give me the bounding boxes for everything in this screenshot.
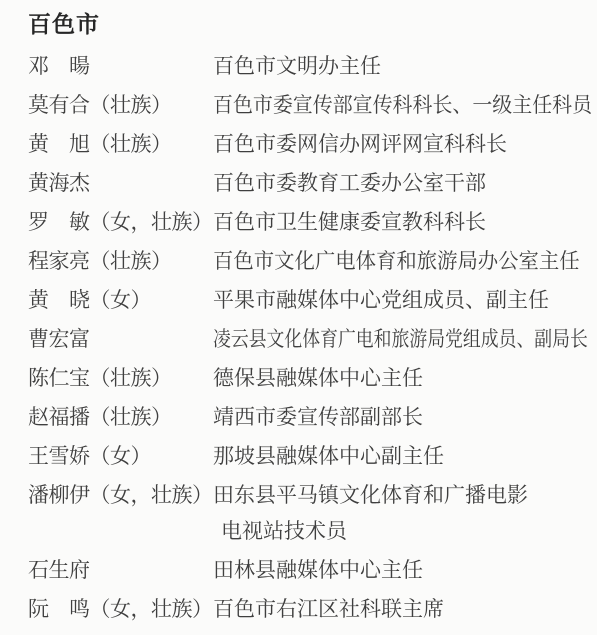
document-page: 百色市 邓 暘 百色市文明办主任 莫有合（壮族） 百色市委宣传部宣传科科长、一级…	[0, 0, 597, 635]
person-position: 百色市委宣传部宣传科科长、一级主任科员	[213, 93, 597, 117]
person-position-text-line2: 电视站技术员	[221, 519, 591, 543]
person-name: 莫有合（壮族）	[28, 93, 213, 117]
person-position-text: 那坡县融媒体中心副主任	[213, 444, 444, 468]
person-position-text: 田东县平马镇文化体育和广播电影	[213, 483, 528, 507]
entry-row: 莫有合（壮族） 百色市委宣传部宣传科科长、一级主任科员	[28, 93, 591, 117]
person-name: 王雪娇（女）	[28, 444, 213, 468]
person-position-text: 平果市融媒体中心党组成员、副主任	[213, 288, 549, 312]
person-position-text: 田林县融媒体中心主任	[213, 558, 423, 582]
person-position-text: 百色市卫生健康委宣教科科长	[213, 210, 486, 234]
person-position: 平果市融媒体中心党组成员、副主任	[213, 288, 591, 312]
person-position: 百色市委教育工委办公室干部	[213, 171, 591, 195]
person-name: 黄海杰	[28, 171, 213, 195]
entry-row: 潘柳伊（女，壮族） 田东县平马镇文化体育和广播电影电视站技术员	[28, 483, 591, 543]
person-position-text: 德保县融媒体中心主任	[213, 366, 423, 390]
entry-row: 罗 敏（女，壮族） 百色市卫生健康委宣教科科长	[28, 210, 591, 234]
person-name: 罗 敏（女，壮族）	[28, 210, 213, 234]
entry-row: 阮 鸣（女，壮族） 百色市右江区社科联主席	[28, 597, 591, 621]
person-position: 靖西市委宣传部副部长	[213, 405, 591, 429]
person-position-text: 百色市委教育工委办公室干部	[213, 171, 486, 195]
person-position: 田东县平马镇文化体育和广播电影电视站技术员	[213, 483, 591, 543]
entry-row: 黄海杰 百色市委教育工委办公室干部	[28, 171, 591, 195]
entry-row: 陈仁宝（壮族） 德保县融媒体中心主任	[28, 366, 591, 390]
entry-row: 黄 旭（壮族） 百色市委网信办网评网宣科科长	[28, 132, 591, 156]
person-position: 百色市文明办主任	[213, 54, 591, 78]
entry-row: 曹宏富 凌云县文化体育广电和旅游局党组成员、副局长	[28, 327, 591, 351]
person-position-text: 百色市右江区社科联主席	[213, 597, 444, 621]
person-position-text: 凌云县文化体育广电和旅游局党组成员、副局长	[213, 327, 588, 351]
entry-row: 邓 暘 百色市文明办主任	[28, 54, 591, 78]
person-name: 黄 旭（壮族）	[28, 132, 213, 156]
person-name: 陈仁宝（壮族）	[28, 366, 213, 390]
person-name: 程家亮（壮族）	[28, 249, 213, 273]
entry-row: 石生府 田林县融媒体中心主任	[28, 558, 591, 582]
person-name: 石生府	[28, 558, 213, 582]
city-heading: 百色市	[28, 12, 591, 38]
entry-row: 赵福播（壮族） 靖西市委宣传部副部长	[28, 405, 591, 429]
person-name: 阮 鸣（女，壮族）	[28, 597, 213, 621]
person-position: 凌云县文化体育广电和旅游局党组成员、副局长	[213, 327, 597, 351]
person-position: 百色市委网信办网评网宣科科长	[213, 132, 591, 156]
person-position-text: 靖西市委宣传部副部长	[213, 405, 423, 429]
person-position: 田林县融媒体中心主任	[213, 558, 591, 582]
entry-row: 黄 晓（女） 平果市融媒体中心党组成员、副主任	[28, 288, 591, 312]
person-position-text: 百色市委宣传部宣传科科长、一级主任科员	[213, 93, 592, 117]
person-position: 德保县融媒体中心主任	[213, 366, 591, 390]
person-position: 百色市文化广电体育和旅游局办公室主任	[213, 249, 591, 273]
person-name: 黄 晓（女）	[28, 288, 213, 312]
person-position-text: 百色市委网信办网评网宣科科长	[213, 132, 507, 156]
person-position-text: 百色市文化广电体育和旅游局办公室主任	[213, 249, 580, 273]
person-name: 曹宏富	[28, 327, 213, 351]
person-position: 百色市右江区社科联主席	[213, 597, 591, 621]
person-position-text: 百色市文明办主任	[213, 54, 381, 78]
person-name: 赵福播（壮族）	[28, 405, 213, 429]
person-position: 那坡县融媒体中心副主任	[213, 444, 591, 468]
entry-row: 程家亮（壮族） 百色市文化广电体育和旅游局办公室主任	[28, 249, 591, 273]
entry-row: 王雪娇（女） 那坡县融媒体中心副主任	[28, 444, 591, 468]
person-name: 潘柳伊（女，壮族）	[28, 483, 213, 507]
person-name: 邓 暘	[28, 54, 213, 78]
person-position: 百色市卫生健康委宣教科科长	[213, 210, 591, 234]
